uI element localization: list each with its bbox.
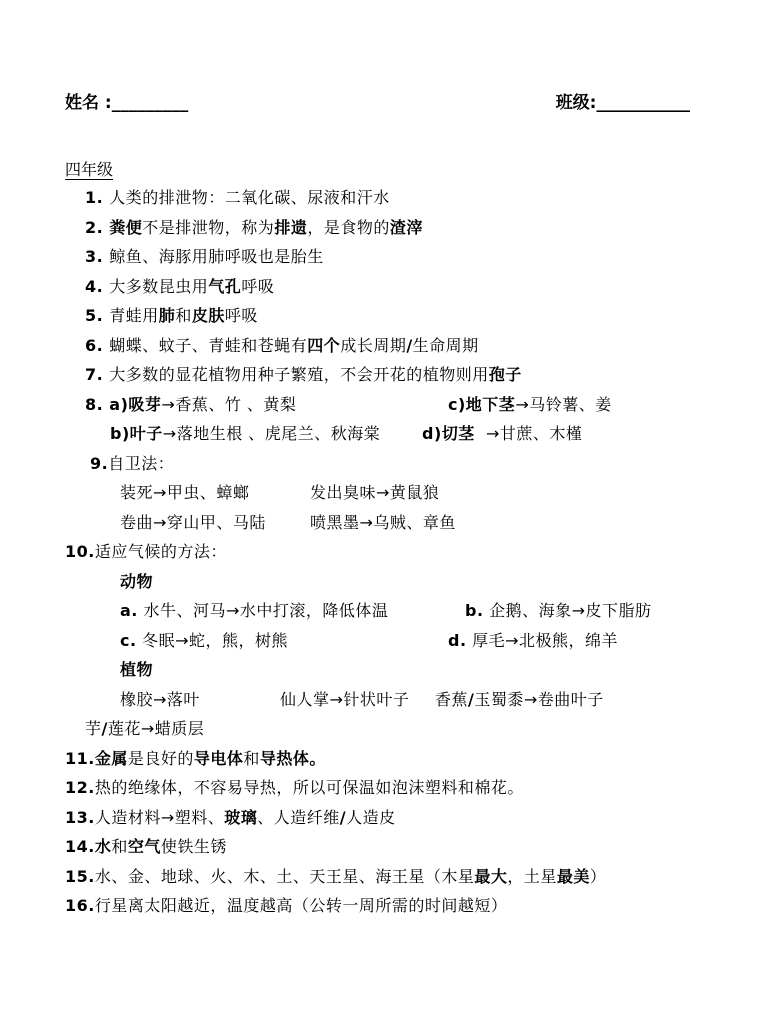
line-chunk: 芋/莲花→蜡质层 <box>85 714 204 744</box>
item-5: 5. 青蛙用肺和皮肤呼吸 <box>85 301 728 331</box>
line-chunk: d. 厚毛→北极熊，绵羊 <box>448 626 618 656</box>
text-segment: 9. <box>90 454 108 473</box>
text-segment: 生命周期 <box>413 336 479 355</box>
line-chunk: 14.水和空气使铁生锈 <box>65 832 227 862</box>
item-13: 13.人造材料→塑料、玻璃、人造纤维/人造皮 <box>65 803 728 833</box>
text-segment: →马铃薯、姜 <box>515 395 611 414</box>
text-segment: 成长周期 <box>340 336 406 355</box>
line-chunk: 8. a)吸芽→香蕉、竹 、黄梨 <box>85 390 448 420</box>
text-segment: c) <box>448 395 466 414</box>
line-chunk: 植物 <box>120 655 153 685</box>
grade-title-text: 四年级 <box>65 160 113 179</box>
text-segment: 吸芽 <box>128 395 161 414</box>
text-segment: 16. <box>65 896 95 915</box>
text-segment: 冬眠→蛇，熊，树熊 <box>137 631 289 650</box>
text-segment: b. <box>465 601 484 620</box>
line-chunk: 16.行星离太阳越近，温度越高（公转一周所需的时间越短） <box>65 891 507 921</box>
item-10-animals-header: 动物 <box>120 567 728 597</box>
text-segment: 切茎 <box>442 424 475 443</box>
text-segment: 。 <box>309 749 326 768</box>
text-segment: 4. <box>85 277 109 296</box>
text-segment: 和 <box>175 306 192 325</box>
text-segment: 青蛙用 <box>109 306 159 325</box>
header-row: 姓名 :_________ 班级:___________ <box>65 92 728 114</box>
text-segment: 香蕉 <box>435 690 468 709</box>
item-6: 6. 蝴蝶、蚊子、青蛙和苍蝇有四个成长周期/生命周期 <box>85 331 728 361</box>
text-segment: 金属 <box>95 749 128 768</box>
text-segment: 6. <box>85 336 109 355</box>
line-chunk: 13.人造材料→塑料、玻璃、人造纤维/人造皮 <box>65 803 396 833</box>
line-chunk: 动物 <box>120 567 153 597</box>
line-chunk: 11.金属是良好的导电体和导热体。 <box>65 744 326 774</box>
line-chunk: 2. 粪便不是排泄物，称为排遗，是食物的渣滓 <box>85 213 423 243</box>
item-16: 16.行星离太阳越近，温度越高（公转一周所需的时间越短） <box>65 891 728 921</box>
text-segment: 行星离太阳越近，温度越高（公转一周所需的时间越短） <box>95 896 508 915</box>
text-segment: 发出臭味→黄鼠狼 <box>310 483 439 502</box>
text-segment: 最大 <box>474 867 507 886</box>
text-segment: 导热体 <box>260 749 310 768</box>
text-segment: 肺 <box>159 306 176 325</box>
text-segment: 大多数的显花植物用种子繁殖，不会开花的植物则用 <box>109 365 489 384</box>
line-chunk: c)地下茎→马铃薯、姜 <box>448 390 612 420</box>
text-segment: 不是排泄物，称为 <box>142 218 274 237</box>
item-9-sub-2: 卷曲→穿山甲、马陆喷黑墨→乌贼、章鱼 <box>120 508 728 538</box>
text-segment: 呼吸 <box>241 277 274 296</box>
line-chunk: 7. 大多数的显花植物用种子繁殖，不会开花的植物则用孢子 <box>85 360 522 390</box>
line-chunk: 卷曲→穿山甲、马陆 <box>120 508 310 538</box>
text-segment: 莲花→蜡质层 <box>108 719 204 738</box>
item-10-plants-row-2: 芋/莲花→蜡质层 <box>85 714 728 744</box>
item-10-plants-header: 植物 <box>120 655 728 685</box>
text-segment: 叶子 <box>130 424 163 443</box>
content-lines: 1. 人类的排泄物：二氧化碳、尿液和汗水2. 粪便不是排泄物，称为排遗，是食物的… <box>65 183 728 921</box>
text-segment: d. <box>448 631 467 650</box>
item-11: 11.金属是良好的导电体和导热体。 <box>65 744 728 774</box>
line-chunk: 4. 大多数昆虫用气孔呼吸 <box>85 272 274 302</box>
text-segment: 热的绝缘体，不容易导热，所以可保温如泡沫塑料和棉花。 <box>95 778 524 797</box>
text-segment: 11. <box>65 749 95 768</box>
line-chunk: 香蕉/玉蜀黍→卷曲叶子 <box>435 685 604 715</box>
text-segment: 人造皮 <box>346 808 396 827</box>
line-chunk: 橡胶→落叶 <box>120 685 280 715</box>
line-chunk: c. 冬眠→蛇，熊，树熊 <box>120 626 448 656</box>
text-segment: 排遗 <box>274 218 307 237</box>
grade-title: 四年级 <box>65 158 728 182</box>
text-segment: 大多数昆虫用 <box>109 277 208 296</box>
text-segment: →香蕉、竹 、黄梨 <box>161 395 296 414</box>
class-blank: ___________ <box>597 93 691 113</box>
item-10: 10.适应气候的方法： <box>65 537 728 567</box>
item-10-animals-ab: a. 水牛、河马→水中打滚，降低体温b. 企鹅、海象→皮下脂肪 <box>120 596 728 626</box>
item-15: 15.水、金、地球、火、木、土、天王星、海王星（木星最大，土星最美） <box>65 862 728 892</box>
item-8-line-2: b)叶子→落地生根 、虎尾兰、秋海棠d)切茎 →甘蔗、木槿 <box>110 419 728 449</box>
line-chunk: 6. 蝴蝶、蚊子、青蛙和苍蝇有四个成长周期/生命周期 <box>85 331 479 361</box>
text-segment: 玻璃 <box>224 808 257 827</box>
text-segment: 、人造纤维 <box>257 808 340 827</box>
text-segment: 四个 <box>307 336 340 355</box>
line-chunk: a. 水牛、河马→水中打滚，降低体温 <box>120 596 465 626</box>
text-segment: →甘蔗、木槿 <box>475 424 583 443</box>
text-segment: 橡胶→落叶 <box>120 690 200 709</box>
line-chunk: b. 企鹅、海象→皮下脂肪 <box>465 596 652 626</box>
text-segment: 喷黑墨→乌贼、章鱼 <box>310 513 456 532</box>
text-segment: 装死→甲虫、蟑螂 <box>120 483 249 502</box>
line-chunk: 12.热的绝缘体，不容易导热，所以可保温如泡沫塑料和棉花。 <box>65 773 524 803</box>
text-segment: b) <box>110 424 130 443</box>
line-chunk: 装死→甲虫、蟑螂 <box>120 478 310 508</box>
text-segment: a. <box>120 601 138 620</box>
text-segment: 动物 <box>120 572 153 591</box>
text-segment: 水、金、地球、火、木、土、天王星、海王星（木星 <box>95 867 475 886</box>
text-segment: 卷曲→穿山甲、马陆 <box>120 513 266 532</box>
item-4: 4. 大多数昆虫用气孔呼吸 <box>85 272 728 302</box>
text-segment: ，土星 <box>507 867 557 886</box>
line-chunk: d)切茎 →甘蔗、木槿 <box>422 419 582 449</box>
text-segment: 仙人掌→针状叶子 <box>280 690 409 709</box>
text-segment: 植物 <box>120 660 153 679</box>
text-segment: 13. <box>65 808 95 827</box>
line-chunk: 发出臭味→黄鼠狼 <box>310 478 439 508</box>
item-3: 3. 鲸鱼、海豚用肺呼吸也是胎生 <box>85 242 728 272</box>
text-segment: d) <box>422 424 442 443</box>
text-segment: 导电体 <box>194 749 244 768</box>
text-segment: c. <box>120 631 137 650</box>
text-segment: 粪便 <box>109 218 142 237</box>
line-chunk: 喷黑墨→乌贼、章鱼 <box>310 508 456 538</box>
line-chunk: 10.适应气候的方法： <box>65 537 227 567</box>
item-7: 7. 大多数的显花植物用种子繁殖，不会开花的植物则用孢子 <box>85 360 728 390</box>
text-segment: ，是食物的 <box>307 218 390 237</box>
text-segment: 芋 <box>85 719 102 738</box>
item-9-sub-1: 装死→甲虫、蟑螂发出臭味→黄鼠狼 <box>120 478 728 508</box>
text-segment: 2. <box>85 218 109 237</box>
text-segment: 水牛、河马→水中打滚，降低体温 <box>138 601 389 620</box>
text-segment: 蝴蝶、蚊子、青蛙和苍蝇有 <box>109 336 307 355</box>
item-12: 12.热的绝缘体，不容易导热，所以可保温如泡沫塑料和棉花。 <box>65 773 728 803</box>
text-segment: 最美 <box>557 867 590 886</box>
name-label: 姓名 : <box>65 93 112 113</box>
text-segment: 14. <box>65 837 95 856</box>
text-segment: 水 <box>95 837 112 856</box>
text-segment: 呼吸 <box>225 306 258 325</box>
text-segment: 人类的排泄物：二氧化碳、尿液和汗水 <box>109 188 390 207</box>
text-segment: ） <box>590 867 607 886</box>
line-chunk: 1. 人类的排泄物：二氧化碳、尿液和汗水 <box>85 183 390 213</box>
class-field: 班级:___________ <box>556 92 690 114</box>
text-segment: 8. <box>85 395 109 414</box>
text-segment: 气孔 <box>208 277 241 296</box>
text-segment: 鲸鱼、海豚用肺呼吸也是胎生 <box>109 247 324 266</box>
line-chunk: 5. 青蛙用肺和皮肤呼吸 <box>85 301 258 331</box>
text-segment: a) <box>109 395 128 414</box>
item-2: 2. 粪便不是排泄物，称为排遗，是食物的渣滓 <box>85 213 728 243</box>
item-1: 1. 人类的排泄物：二氧化碳、尿液和汗水 <box>85 183 728 213</box>
line-chunk: 3. 鲸鱼、海豚用肺呼吸也是胎生 <box>85 242 324 272</box>
text-segment: 和 <box>243 749 260 768</box>
text-segment: 皮肤 <box>192 306 225 325</box>
item-10-plants-row: 橡胶→落叶仙人掌→针状叶子香蕉/玉蜀黍→卷曲叶子 <box>120 685 728 715</box>
line-chunk: 仙人掌→针状叶子 <box>280 685 435 715</box>
name-field: 姓名 :_________ <box>65 92 188 114</box>
text-segment: 12. <box>65 778 95 797</box>
text-segment: 是良好的 <box>128 749 194 768</box>
text-segment: 和 <box>111 837 128 856</box>
text-segment: 1. <box>85 188 109 207</box>
text-segment: 7. <box>85 365 109 384</box>
text-segment: 玉蜀黍→卷曲叶子 <box>474 690 603 709</box>
class-label: 班级: <box>556 93 597 113</box>
item-10-animals-cd: c. 冬眠→蛇，熊，树熊d. 厚毛→北极熊，绵羊 <box>120 626 728 656</box>
worksheet-page: 姓名 :_________ 班级:___________ 四年级 1. 人类的排… <box>0 0 768 1024</box>
text-segment: 15. <box>65 867 95 886</box>
text-segment: 厚毛→北极熊，绵羊 <box>467 631 619 650</box>
text-segment: 孢子 <box>489 365 522 384</box>
item-14: 14.水和空气使铁生锈 <box>65 832 728 862</box>
line-chunk: b)叶子→落地生根 、虎尾兰、秋海棠 <box>110 419 422 449</box>
text-segment: 人造材料→塑料、 <box>95 808 224 827</box>
text-segment: 3. <box>85 247 109 266</box>
text-segment: 地下茎 <box>466 395 516 414</box>
line-chunk: 9.自卫法： <box>90 449 174 479</box>
text-segment: 渣滓 <box>390 218 423 237</box>
line-chunk: 15.水、金、地球、火、木、土、天王星、海王星（木星最大，土星最美） <box>65 862 606 892</box>
item-8-line-1: 8. a)吸芽→香蕉、竹 、黄梨c)地下茎→马铃薯、姜 <box>85 390 728 420</box>
item-9: 9.自卫法： <box>90 449 728 479</box>
text-segment: 5. <box>85 306 109 325</box>
text-segment: 企鹅、海象→皮下脂肪 <box>484 601 652 620</box>
text-segment: 空气 <box>128 837 161 856</box>
text-segment: 自卫法： <box>108 454 174 473</box>
text-segment: 使铁生锈 <box>161 837 227 856</box>
text-segment: →落地生根 、虎尾兰、秋海棠 <box>163 424 381 443</box>
name-blank: _________ <box>112 93 189 113</box>
text-segment: 10. <box>65 542 95 561</box>
text-segment: 适应气候的方法： <box>95 542 227 561</box>
